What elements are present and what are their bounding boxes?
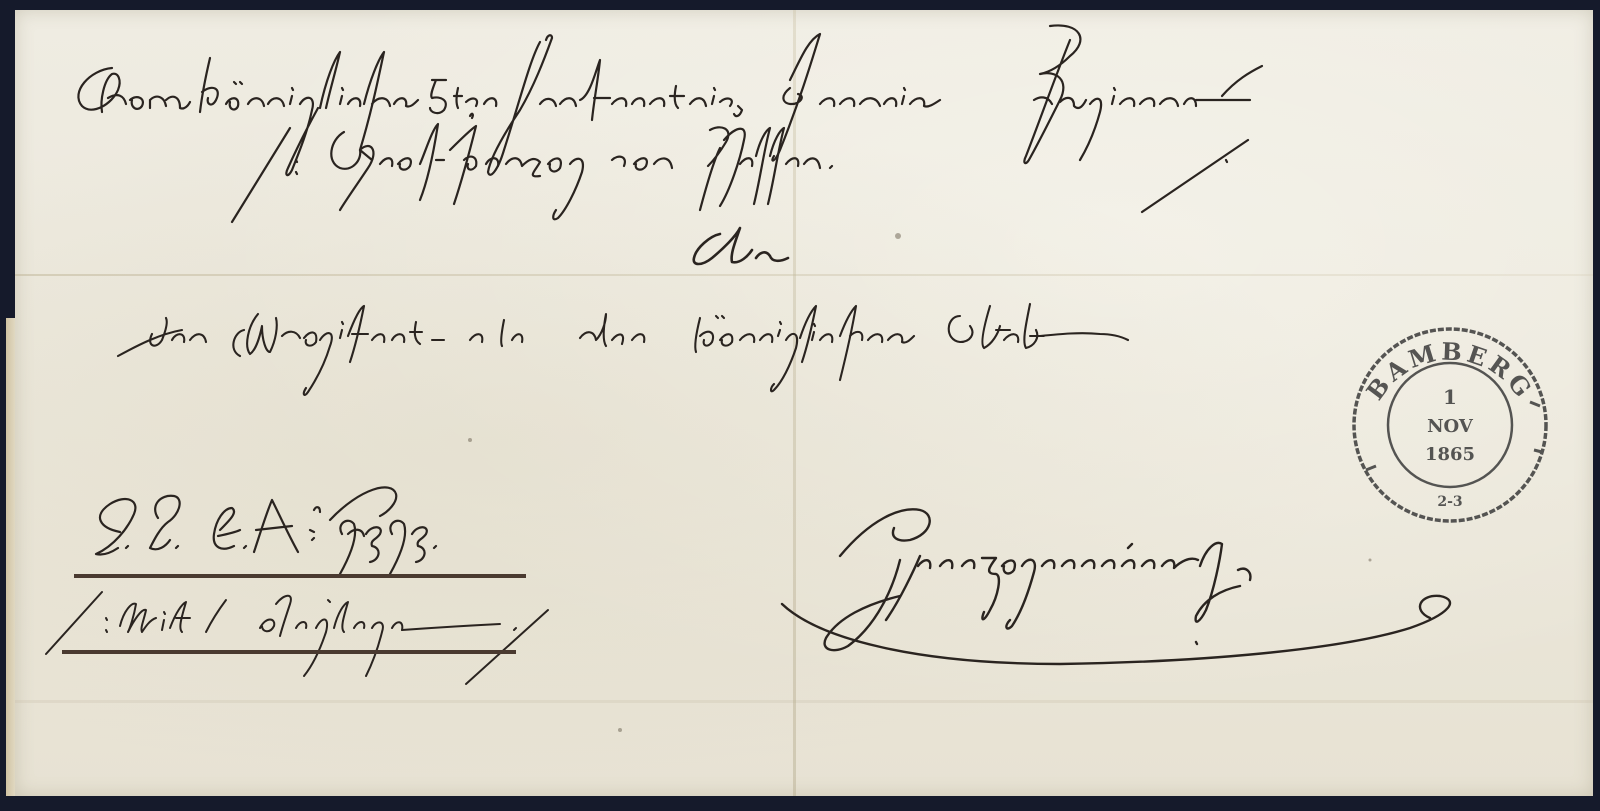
handwriting-sender-line-1 bbox=[78, 25, 1262, 175]
handwriting-reference-number bbox=[96, 487, 436, 574]
handwriting-enclosure-note bbox=[46, 592, 548, 684]
postmark-time: 2-3 bbox=[1437, 494, 1462, 510]
postmark-day: 1 bbox=[1443, 385, 1457, 409]
enclosure-underline bbox=[62, 650, 516, 654]
handwriting-sender-line-2 bbox=[232, 124, 1248, 222]
handwriting-salutation bbox=[694, 228, 788, 264]
paper-specks bbox=[468, 233, 1372, 732]
postmark-month: NOV bbox=[1427, 416, 1474, 437]
handwriting-addressee-line bbox=[118, 304, 1128, 395]
postmark-bamberg: 1 NOV 1865 2-3 BAMBERG bbox=[1354, 329, 1546, 521]
handwriting-layer: 1 NOV 1865 2-3 BAMBERG bbox=[0, 0, 1600, 811]
reference-underline bbox=[74, 574, 526, 578]
handwriting-destination bbox=[825, 509, 1251, 650]
postmark-year: 1865 bbox=[1425, 444, 1475, 465]
